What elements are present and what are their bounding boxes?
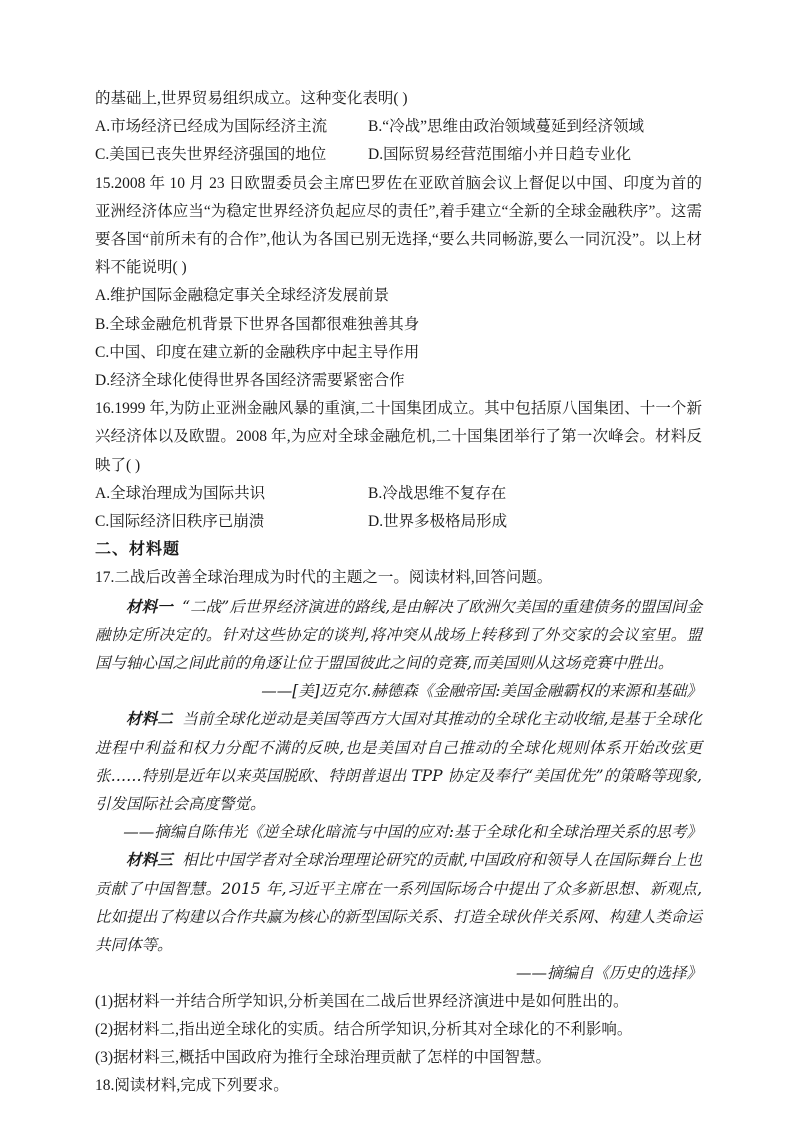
q17-material-3: 材料三相比中国学者对全球治理理论研究的贡献,中国政府和领导人在国际舞台上也贡献了…: [95, 846, 702, 959]
q15-stem: 15.2008 年 10 月 23 日欧盟委员会主席巴罗佐在亚欧首脑会议上督促以…: [95, 170, 702, 283]
material-3-label: 材料三: [126, 850, 173, 869]
q17-subquestion-1: (1)据材料一并结合所学知识,分析美国在二战后世界经济演进中是如何胜出的。: [95, 988, 702, 1016]
q16-stem: 16.1999 年,为防止亚洲金融风暴的重演,二十国集团成立。其中包括原八国集团…: [95, 395, 702, 480]
q15-option-b: B.全球金融危机背景下世界各国都很难独善其身: [95, 311, 702, 339]
q17-material-2: 材料二当前全球化逆动是美国等西方大国对其推动的全球化主动收缩,是基于全球化进程中…: [95, 705, 702, 818]
material-2-label: 材料二: [126, 709, 173, 728]
q15-option-d: D.经济全球化使得世界各国经济需要紧密合作: [95, 367, 702, 395]
q17-material-1: 材料一“二战”后世界经济演进的路线,是由解决了欧洲欠美国的重建债务的盟国间金融协…: [95, 593, 702, 678]
q17-subquestion-3: (3)据材料三,概括中国政府为推行全球治理贡献了怎样的中国智慧。: [95, 1044, 702, 1072]
material-1-label: 材料一: [126, 597, 173, 616]
q18-stem: 18.阅读材料,完成下列要求。: [95, 1072, 702, 1100]
q14-option-b: B.“冷战”思维由政治领域蔓延到经济领域: [368, 113, 702, 141]
material-3-text: 相比中国学者对全球治理理论研究的贡献,中国政府和领导人在国际舞台上也贡献了中国智…: [95, 851, 702, 954]
q16-option-d: D.世界多极格局形成: [368, 508, 702, 536]
section-2-title: 二、材料题: [95, 536, 702, 564]
material-1-text: “二战”后世界经济演进的路线,是由解决了欧洲欠美国的重建债务的盟国间金融协定所决…: [95, 598, 702, 672]
q15-options: A.维护国际金融稳定事关全球经济发展前景 B.全球金融危机背景下世界各国都很难独…: [95, 282, 702, 395]
exam-paper-page: 的基础上,世界贸易组织成立。这种变化表明( ) A.市场经济已经成为国际经济主流…: [0, 0, 794, 1123]
q14-stem-continuation: 的基础上,世界贸易组织成立。这种变化表明( ): [95, 85, 702, 113]
q17-subquestion-2: (2)据材料二,指出逆全球化的实质。结合所学知识,分析其对全球化的不利影响。: [95, 1016, 702, 1044]
q17-stem: 17.二战后改善全球治理成为时代的主题之一。阅读材料,回答问题。: [95, 564, 702, 592]
material-2-text: 当前全球化逆动是美国等西方大国对其推动的全球化主动收缩,是基于全球化进程中利益和…: [95, 710, 702, 813]
page-content: 的基础上,世界贸易组织成立。这种变化表明( ) A.市场经济已经成为国际经济主流…: [95, 85, 702, 1100]
material-1-source: ——[美]迈克尔.赫德森《金融帝国:美国金融霸权的来源和基础》: [95, 677, 702, 705]
q15-option-a: A.维护国际金融稳定事关全球经济发展前景: [95, 282, 702, 310]
q15-option-c: C.中国、印度在建立新的金融秩序中起主导作用: [95, 339, 702, 367]
q14-option-a: A.市场经济已经成为国际经济主流: [95, 113, 368, 141]
q16-options: A.全球治理成为国际共识 B.冷战思维不复存在 C.国际经济旧秩序已崩溃 D.世…: [95, 480, 702, 536]
q16-option-b: B.冷战思维不复存在: [368, 480, 702, 508]
q16-option-c: C.国际经济旧秩序已崩溃: [95, 508, 368, 536]
material-2-source: ——摘编自陈伟光《逆全球化暗流与中国的应对:基于全球化和全球治理关系的思考》: [95, 818, 702, 846]
q14-options: A.市场经济已经成为国际经济主流 B.“冷战”思维由政治领域蔓延到经济领域 C.…: [95, 113, 702, 169]
material-3-source: ——摘编自《历史的选择》: [95, 959, 702, 987]
q14-option-c: C.美国已丧失世界经济强国的地位: [95, 141, 368, 169]
q16-option-a: A.全球治理成为国际共识: [95, 480, 368, 508]
q14-option-d: D.国际贸易经营范围缩小并日趋专业化: [368, 141, 702, 169]
